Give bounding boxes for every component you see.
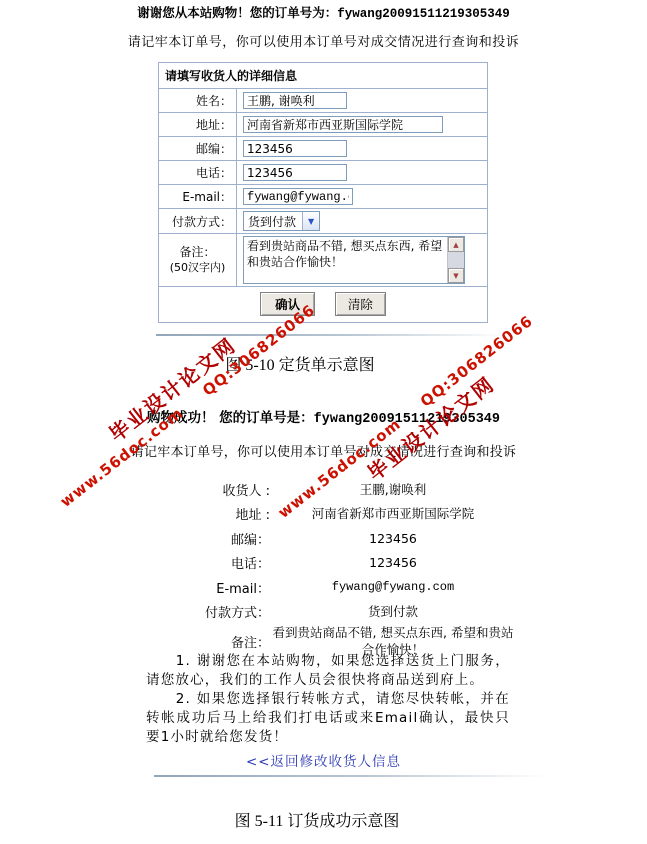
remark-textarea[interactable]: 看到贵站商品不错, 想买点东西, 希望和贵站合作愉快！ xyxy=(244,237,447,283)
payment-select[interactable]: 货到付款 ▼ xyxy=(243,211,320,231)
order-confirmation-text: 谢谢您从本站购物！您的订单号为： xyxy=(137,5,337,20)
address-detail-label: 地址 : xyxy=(138,504,270,523)
back-to-edit-link[interactable]: <<返回修改收货人信息 xyxy=(246,754,401,770)
address-detail-value: 河南省新郑市西亚斯国际学院 xyxy=(270,505,516,522)
scroll-down-icon[interactable]: ▼ xyxy=(448,268,464,283)
zip-label: 邮编： xyxy=(159,137,237,161)
remark-row: 备注： (50汉字内) 看到贵站商品不错, 想买点东西, 希望和贵站合作愉快！ … xyxy=(159,234,488,287)
consignee-row: 收货人 : 王鹏,谢唤利 xyxy=(138,477,516,502)
name-label: 姓名： xyxy=(159,89,237,113)
email-row: E-mail： xyxy=(159,185,488,209)
address-label: 地址： xyxy=(159,113,237,137)
section-divider xyxy=(156,334,508,336)
payment-label: 付款方式： xyxy=(159,209,237,234)
confirm-button[interactable]: 确认 xyxy=(260,292,315,316)
purchase-success-line: 购物成功！ 您的订单号是：fywang20091511219305349 xyxy=(0,406,647,427)
buttons-row: 确认 清除 xyxy=(159,287,488,323)
zip-detail-label: 邮编： xyxy=(138,529,270,548)
scroll-up-icon[interactable]: ▲ xyxy=(448,237,464,252)
email-detail-row: E-mail： fywang@fywang.com xyxy=(138,575,516,600)
remark-label-text: 备注： xyxy=(179,245,215,259)
figure-5-10-caption: 图 5-10 定货单示意图 xyxy=(0,352,600,375)
consignee-value: 王鹏,谢唤利 xyxy=(270,481,516,498)
chevron-down-icon[interactable]: ▼ xyxy=(302,212,319,230)
zip-row: 邮编： xyxy=(159,137,488,161)
email-detail-value: fywang@fywang.com xyxy=(270,579,516,596)
phone-detail-label: 电话： xyxy=(138,553,270,572)
payment-detail-label: 付款方式： xyxy=(138,602,270,621)
order-details-list: 收货人 : 王鹏,谢唤利 地址 : 河南省新郑市西亚斯国际学院 邮编： 1234… xyxy=(138,477,516,658)
delivery-note-2: 2. 如果您选择银行转帐方式，请您尽快转帐，并在转帐成功后马上给我们打电话或来E… xyxy=(146,690,510,747)
remark-label: 备注： (50汉字内) xyxy=(159,234,237,287)
phone-label: 电话： xyxy=(159,161,237,185)
address-detail-row: 地址 : 河南省新郑市西亚斯国际学院 xyxy=(138,502,516,527)
zip-detail-value: 123456 xyxy=(270,530,516,547)
payment-detail-value: 货到付款 xyxy=(270,603,516,620)
form-title: 请填写收货人的详细信息 xyxy=(159,63,488,89)
consignee-label: 收货人 : xyxy=(138,480,270,499)
section-divider-bottom xyxy=(154,775,546,777)
success-reminder-text: 请记牢本订单号，你可以使用本订单号对成交情况进行查询和投诉 xyxy=(0,441,647,460)
shipping-form-table: 请填写收货人的详细信息 姓名： 地址： 邮编： 电话： E-mail： 付款方式… xyxy=(158,62,488,323)
email-input[interactable] xyxy=(243,188,353,205)
name-input[interactable] xyxy=(243,92,347,109)
back-link-wrap: <<返回修改收货人信息 xyxy=(0,750,647,770)
delivery-note-1: 1. 谢谢您在本站购物，如果您选择送货上门服务，请您放心，我们的工作人员会很快将… xyxy=(146,652,510,690)
email-label: E-mail： xyxy=(159,185,237,209)
phone-row: 电话： xyxy=(159,161,488,185)
purchase-success-title: 购物成功！ xyxy=(147,410,215,426)
payment-row: 付款方式： 货到付款 ▼ xyxy=(159,209,488,234)
success-order-prefix: 您的订单号是： xyxy=(214,410,313,426)
phone-detail-row: 电话： 123456 xyxy=(138,551,516,576)
textarea-scrollbar[interactable]: ▲ ▼ xyxy=(447,237,464,283)
name-row: 姓名： xyxy=(159,89,488,113)
email-detail-label: E-mail： xyxy=(138,578,270,597)
payment-detail-row: 付款方式： 货到付款 xyxy=(138,600,516,625)
remark-hint: (50汉字内) xyxy=(170,261,226,274)
address-row: 地址： xyxy=(159,113,488,137)
payment-selected-value: 货到付款 xyxy=(244,213,302,230)
phone-input[interactable] xyxy=(243,164,347,181)
order-confirmation-line: 谢谢您从本站购物！您的订单号为：fywang20091511219305349 xyxy=(0,3,647,21)
remark-detail-label: 备注： xyxy=(138,632,270,651)
success-order-number: fywang20091511219305349 xyxy=(314,412,500,427)
address-input[interactable] xyxy=(243,116,443,133)
zip-detail-row: 邮编： 123456 xyxy=(138,526,516,551)
watermark-site-name-right: 毕业设计论文网 xyxy=(361,313,572,487)
clear-button[interactable]: 清除 xyxy=(335,292,386,316)
document-page: 谢谢您从本站购物！您的订单号为：fywang20091511219305349 … xyxy=(0,0,647,844)
order-number: fywang20091511219305349 xyxy=(337,7,510,21)
form-title-row: 请填写收货人的详细信息 xyxy=(159,63,488,89)
figure-5-11-caption: 图 5-11 订货成功示意图 xyxy=(0,808,634,831)
delivery-notes: 1. 谢谢您在本站购物，如果您选择送货上门服务，请您放心，我们的工作人员会很快将… xyxy=(146,652,510,747)
phone-detail-value: 123456 xyxy=(270,554,516,571)
remark-textarea-wrap: 看到贵站商品不错, 想买点东西, 希望和贵站合作愉快！ ▲ ▼ xyxy=(243,236,465,284)
zip-input[interactable] xyxy=(243,140,347,157)
order-reminder-text: 请记牢本订单号，你可以使用本订单号对成交情况进行查询和投诉 xyxy=(0,31,647,50)
